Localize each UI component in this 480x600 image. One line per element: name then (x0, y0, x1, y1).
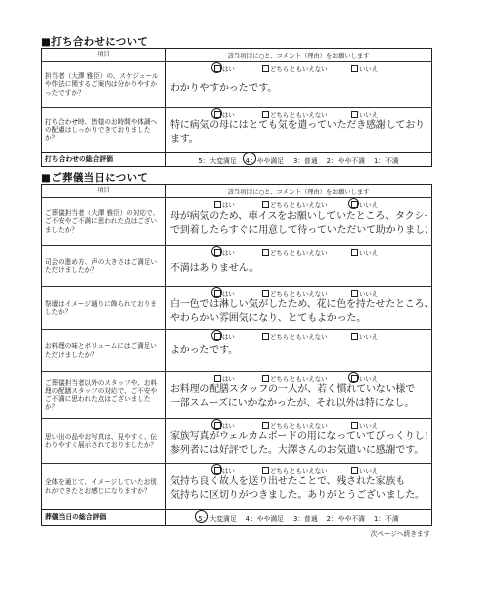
option-neutral[interactable]: どちらともいえない (262, 421, 328, 430)
rating-4-selected[interactable]: 4：やや満足 (246, 155, 284, 165)
answer-options: はい どちらともいえない いいえ (166, 64, 431, 73)
table-header: 項目 該当項目に○と、コメント（理由）をお願いします (42, 185, 431, 197)
circle-mark-icon (211, 330, 222, 341)
section-title-funeral-day: ■ご葬儀当日について (41, 170, 148, 185)
rating-1[interactable]: 1：不満 (374, 513, 399, 523)
circle-mark-icon (211, 246, 222, 257)
answer-options: はい どちらともいえない いいえ (166, 248, 431, 257)
checkbox-icon (214, 201, 221, 208)
overall-rating-row: 打ち合わせの総合評価 5：大変満足 4：やや満足 3：普通 2：やや不満 1：不… (42, 152, 431, 166)
circle-mark-icon (348, 198, 359, 209)
question-text: 全体を通じて、イメージしていたお別れができたとお感じになりますか？ (42, 464, 166, 509)
question-text: 担当者（大澤 雅臣）の、スケジュールや作法に関するご案内は分かりやすかったですか… (42, 62, 166, 107)
checkbox-icon (262, 290, 269, 297)
table-row: 司会の進め方、声の大きさはご満足いただけましたか？ はい どちらともいえない い… (42, 245, 431, 286)
rating-3[interactable]: 3：普通 (293, 513, 318, 523)
comment-text: よかったです。 (170, 344, 427, 358)
table-header: 項目 該当項目に○と、コメント（理由）をお願いします (42, 49, 431, 61)
checkbox-icon (262, 201, 269, 208)
circle-mark-icon (211, 108, 222, 119)
checkbox-icon (351, 111, 358, 118)
overall-label: 葬儀当日の総合評価 (42, 510, 166, 525)
option-no[interactable]: いいえ (351, 200, 378, 209)
option-yes[interactable]: はい (214, 64, 235, 73)
rating-5[interactable]: 5：大変満足 (198, 155, 236, 165)
table-row: お料理の味とボリュームにはご満足いただけましたか？ はい どちらともいえない い… (42, 329, 431, 371)
section-title-meeting: ■打ち合わせについて (41, 34, 148, 49)
overall-label: 打ち合わせの総合評価 (42, 153, 166, 166)
meeting-table: 項目 該当項目に○と、コメント（理由）をお願いします 担当者（大澤 雅臣）の、ス… (41, 48, 432, 167)
overall-rating-row: 葬儀当日の総合評価 5：大変満足 4：やや満足 3：普通 2：やや不満 1：不満 (42, 509, 431, 525)
checkbox-icon (262, 375, 269, 382)
comment-text: わかりやすかったです。 (170, 82, 427, 96)
table-row: 全体を通じて、イメージしていたお別れができたとお感じになりますか？ はい どちら… (42, 463, 431, 509)
comment-text: 不満はありません。 (170, 262, 427, 276)
answer-options: はい どちらともいえない いいえ (166, 421, 431, 430)
option-no[interactable]: いいえ (351, 421, 378, 430)
rating-4[interactable]: 4：やや満足 (246, 513, 284, 523)
option-yes[interactable]: はい (214, 466, 235, 475)
checkbox-icon (262, 467, 269, 474)
option-neutral[interactable]: どちらともいえない (262, 248, 328, 257)
circle-mark-icon (211, 62, 222, 73)
option-yes[interactable]: はい (214, 374, 235, 383)
option-yes[interactable]: はい (214, 421, 235, 430)
option-no[interactable]: いいえ (351, 466, 378, 475)
comment-text: 白一色では淋しい気がしたため、花に色を持たせたところ、 やわらかい雰囲気になり、… (170, 298, 427, 326)
continued-next-page-note: 次ページへ続きます (371, 528, 430, 538)
rating-3[interactable]: 3：普通 (293, 155, 318, 165)
option-neutral[interactable]: どちらともいえない (262, 64, 328, 73)
header-item: 項目 (42, 185, 166, 197)
rating-1[interactable]: 1：不満 (374, 155, 399, 165)
table-row: 担当者（大澤 雅臣）の、スケジュールや作法に関するご案内は分かりやすかったですか… (42, 61, 431, 107)
header-instruction: 該当項目に○と、コメント（理由）をお願いします (166, 49, 431, 61)
rating-5-selected[interactable]: 5：大変満足 (198, 513, 236, 523)
question-text: 司会の進め方、声の大きさはご満足いただけましたか？ (42, 246, 166, 286)
option-no[interactable]: いいえ (351, 64, 378, 73)
option-neutral[interactable]: どちらともいえない (262, 332, 328, 341)
answer-options: はい どちらともいえない いいえ (166, 200, 431, 209)
question-text: 思い出の品やお写真は、見やすく、伝わりやすく展示されておりましたか？ (42, 419, 166, 463)
option-no[interactable]: いいえ (351, 110, 378, 119)
table-row: 思い出の品やお写真は、見やすく、伝わりやすく展示されておりましたか？ はい どち… (42, 418, 431, 463)
comment-text: 特に病気の母にはとても気を遣っていただき感謝しており ます。 (170, 119, 427, 147)
circle-mark-icon (211, 464, 222, 475)
table-row: ご葬儀担当者以外のスタッフや、お料理の配膳スタッフの対応で、ご不安やご不満に思わ… (42, 371, 431, 418)
option-yes[interactable]: はい (214, 248, 235, 257)
option-no[interactable]: いいえ (351, 248, 378, 257)
checkbox-icon (262, 111, 269, 118)
checkbox-icon (214, 375, 221, 382)
answer-options: はい どちらともいえない いいえ (166, 332, 431, 341)
answer-options: はい どちらともいえない いいえ (166, 374, 431, 383)
rating-2[interactable]: 2：やや不満 (327, 513, 365, 523)
checkbox-icon (262, 422, 269, 429)
option-neutral[interactable]: どちらともいえない (262, 110, 328, 119)
question-text: ご葬儀担当者（大澤 雅臣）の対応で、ご不安やご不満に思われた点はございましたか？ (42, 198, 166, 245)
option-neutral[interactable]: どちらともいえない (262, 200, 328, 209)
comment-text: 家族写真がウェルカムボードの用になっていてびっくりしましたが、 参列者には好評で… (170, 430, 427, 458)
question-text: ご葬儀担当者以外のスタッフや、お料理の配膳スタッフの対応で、ご不安やご不満に思わ… (42, 372, 166, 418)
circle-mark-icon (348, 372, 359, 383)
option-neutral[interactable]: どちらともいえない (262, 374, 328, 383)
question-text: 祭壇はイメージ通りに飾られておりましたか？ (42, 287, 166, 329)
checkbox-icon (351, 65, 358, 72)
header-instruction: 該当項目に○と、コメント（理由）をお願いします (166, 185, 431, 197)
rating-scale: 5：大変満足 4：やや満足 3：普通 2：やや不満 1：不満 (166, 153, 431, 166)
checkbox-icon (262, 249, 269, 256)
answer-options: はい どちらともいえない いいえ (166, 289, 431, 298)
option-neutral[interactable]: どちらともいえない (262, 466, 328, 475)
header-item: 項目 (42, 49, 166, 61)
circle-mark-icon (211, 419, 222, 430)
table-row: 打ち合わせ時、皆様のお時間や体調への配慮はしっかりできておりましたか？ はい ど… (42, 107, 431, 152)
comment-text: お料理の配膳スタッフの一人が、若く慣れていない様で 一部スムーズにいかなかったが… (170, 383, 427, 411)
question-text: 打ち合わせ時、皆様のお時間や体調への配慮はしっかりできておりましたか？ (42, 108, 166, 152)
checkbox-icon (351, 333, 358, 340)
option-yes[interactable]: はい (214, 332, 235, 341)
checkbox-icon (262, 333, 269, 340)
table-row: ご葬儀担当者（大澤 雅臣）の対応で、ご不安やご不満に思われた点はございましたか？… (42, 197, 431, 245)
table-row: 祭壇はイメージ通りに飾られておりましたか？ はい どちらともいえない いいえ 白… (42, 286, 431, 329)
answer-options: はい どちらともいえない いいえ (166, 466, 431, 475)
comment-text: 母が病気のため、車イスをお願いしていたところ、タクシー乗 で到着したらすぐに用意… (170, 210, 427, 238)
checkbox-icon (351, 249, 358, 256)
checkbox-icon (351, 290, 358, 297)
checkbox-icon (351, 422, 358, 429)
option-no[interactable]: いいえ (351, 289, 378, 298)
option-no[interactable]: いいえ (351, 332, 378, 341)
option-neutral[interactable]: どちらともいえない (262, 289, 328, 298)
circle-mark-icon (211, 287, 222, 298)
checkbox-icon (262, 65, 269, 72)
question-text: お料理の味とボリュームにはご満足いただけましたか？ (42, 330, 166, 371)
rating-scale: 5：大変満足 4：やや満足 3：普通 2：やや不満 1：不満 (166, 510, 431, 525)
option-no[interactable]: いいえ (351, 374, 378, 383)
checkbox-icon (351, 467, 358, 474)
rating-2[interactable]: 2：やや不満 (327, 155, 365, 165)
option-yes[interactable]: はい (214, 110, 235, 119)
funeral-day-table: 項目 該当項目に○と、コメント（理由）をお願いします ご葬儀担当者（大澤 雅臣）… (41, 184, 432, 526)
comment-text: 気持ち良く故人を送り出せたことで、残された家族も 気持ちに区切りがつきました。あ… (170, 475, 427, 503)
option-yes[interactable]: はい (214, 200, 235, 209)
option-yes[interactable]: はい (214, 289, 235, 298)
answer-options: はい どちらともいえない いいえ (166, 110, 431, 119)
